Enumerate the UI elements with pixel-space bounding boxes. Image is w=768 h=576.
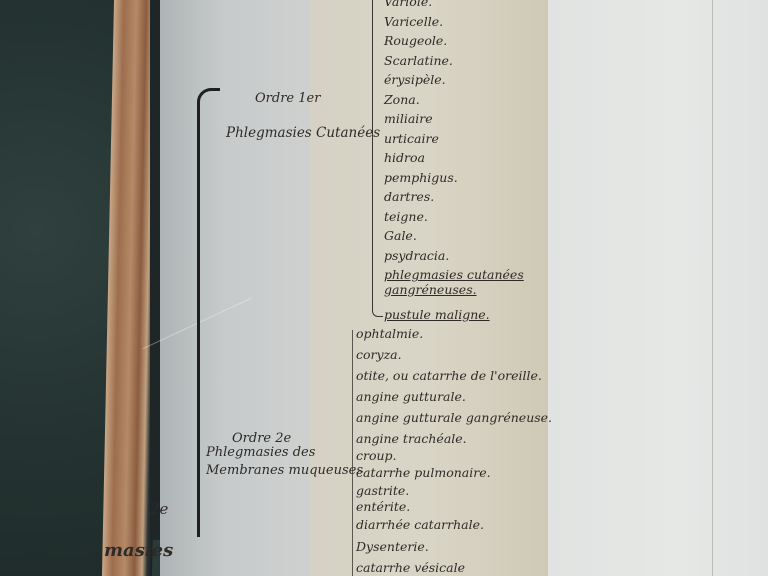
order2-heading: Ordre 2e: [232, 432, 291, 446]
order2-disease-list: ophtalmie. coryza. otite, ou catarrhe de…: [356, 326, 552, 576]
list-item: coryza.: [356, 347, 552, 368]
list-item: diarrhée catarrhale.: [356, 517, 552, 539]
list-item: phlegmasies cutanées gangréneuses.: [384, 267, 564, 307]
margin-word-fragment: masies: [104, 540, 173, 561]
list-item: pemphigus.: [384, 170, 564, 190]
order1-disease-list: Variole. Varicelle. Rougeole. Scarlatine…: [384, 0, 564, 327]
list-item: angine gutturale gangréneuse.: [356, 410, 552, 431]
green-felt-background: [0, 0, 120, 576]
list-item: pustule maligne.: [384, 307, 564, 327]
order2-title-line2: Membranes muqueuses: [206, 464, 363, 478]
list-item: teigne.: [384, 209, 564, 229]
list-item: croup.: [356, 448, 552, 465]
list-item: Variole.: [384, 0, 564, 14]
list-item: urticaire: [384, 131, 564, 151]
list-item: gastrite.: [356, 483, 552, 499]
list-item: Varicelle.: [384, 14, 564, 34]
list-item: ophtalmie.: [356, 326, 552, 347]
list-item: dartres.: [384, 189, 564, 209]
right-blank-page: [548, 0, 768, 576]
list-item: angine trachéale.: [356, 431, 552, 448]
list-item: entérite.: [356, 499, 552, 517]
list-item: érysipèle.: [384, 72, 564, 92]
list-item: Rougeole.: [384, 33, 564, 53]
list-item: Dysenterie.: [356, 539, 552, 560]
order1-heading: Ordre 1er: [255, 92, 320, 106]
margin-number: 2e: [150, 500, 168, 518]
list-item: catarrhe pulmonaire.: [356, 465, 552, 483]
list-item: catarrhe vésicale: [356, 560, 552, 576]
list-item: Gale.: [384, 228, 564, 248]
page-fold-line: [712, 0, 713, 576]
list-item: psydracia.: [384, 248, 564, 268]
list-item: Scarlatine.: [384, 53, 564, 73]
order2-bracket: [352, 330, 354, 576]
list-item: Zona.: [384, 92, 564, 112]
list-item: miliaire: [384, 111, 564, 131]
left-page-strip: [160, 0, 315, 576]
list-item: otite, ou catarrhe de l'oreille.: [356, 368, 552, 389]
list-item: angine gutturale.: [356, 389, 552, 410]
order1-title: Phlegmasies Cutanées: [226, 126, 380, 140]
list-item: hidroa: [384, 150, 564, 170]
order1-bracket: [372, 0, 383, 317]
order2-title-line1: Phlegmasies des: [206, 446, 315, 460]
